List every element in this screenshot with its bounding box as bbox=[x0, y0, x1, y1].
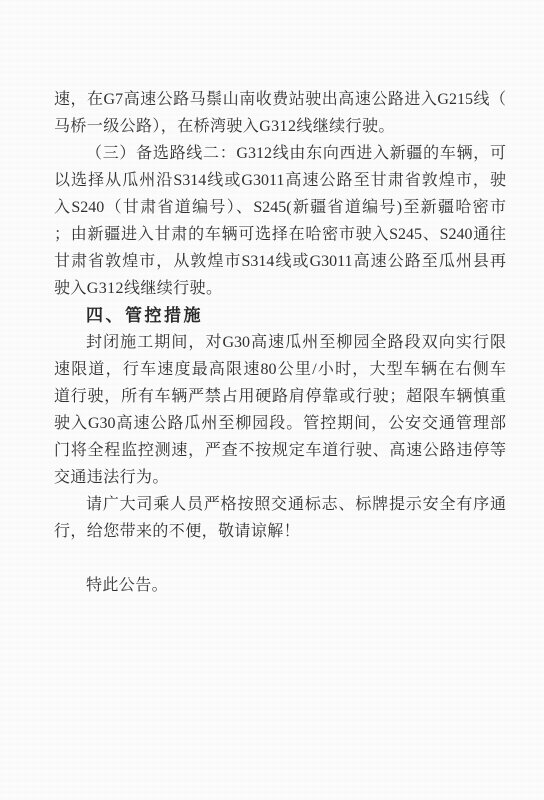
closing-line: 特此公告。 bbox=[54, 572, 506, 599]
notice-body: 速，在G7高速公路马鬃山南收费站驶出高速公路进入G215线（ 马桥一级公路），在… bbox=[54, 86, 506, 599]
text-line: 道行驶，所有车辆严禁占用硬路肩停靠或行驶；超限车辆慎重 bbox=[54, 383, 506, 410]
text-line: 马桥一级公路），在桥湾驶入G312线继续行驶。 bbox=[54, 113, 506, 140]
section-heading: 四、管控措施 bbox=[54, 302, 506, 329]
text-line: 门将全程监控测速，严查不按规定车道行驶、高速公路违停等 bbox=[54, 437, 506, 464]
text-line: 甘肃省敦煌市，从敦煌市S314线或G3011高速公路至瓜州县再 bbox=[54, 248, 506, 275]
text-line: 速，在G7高速公路马鬃山南收费站驶出高速公路进入G215线（ bbox=[54, 86, 506, 113]
text-line: 驶入G312线继续行驶。 bbox=[54, 275, 506, 302]
document-page: 速，在G7高速公路马鬃山南收费站驶出高速公路进入G215线（ 马桥一级公路），在… bbox=[0, 0, 544, 800]
text-line: 请广大司乘人员严格按照交通标志、标牌提示安全有序通 bbox=[54, 491, 506, 518]
text-line: 封闭施工期间，对G30高速瓜州至柳园全路段双向实行限 bbox=[54, 329, 506, 356]
text-line: 以选择从瓜州沿S314线或G3011高速公路至甘肃省敦煌市，驶 bbox=[54, 167, 506, 194]
text-line: 入S240（甘肃省道编号）、S245(新疆省道编号)至新疆哈密市 bbox=[54, 194, 506, 221]
text-line: 交通违法行为。 bbox=[54, 464, 506, 491]
text-line: （三）备选路线二：G312线由东向西进入新疆的车辆，可 bbox=[54, 140, 506, 167]
text-line: 驶入G30高速公路瓜州至柳园段。管控期间，公安交通管理部 bbox=[54, 410, 506, 437]
text-line: ；由新疆进入甘肃的车辆可选择在哈密市驶入S245、S240通往 bbox=[54, 221, 506, 248]
text-line: 行，给您带来的不便，敬请谅解！ bbox=[54, 518, 506, 545]
text-line: 速限道，行车速度最高限速80公里/小时，大型车辆在右侧车 bbox=[54, 356, 506, 383]
